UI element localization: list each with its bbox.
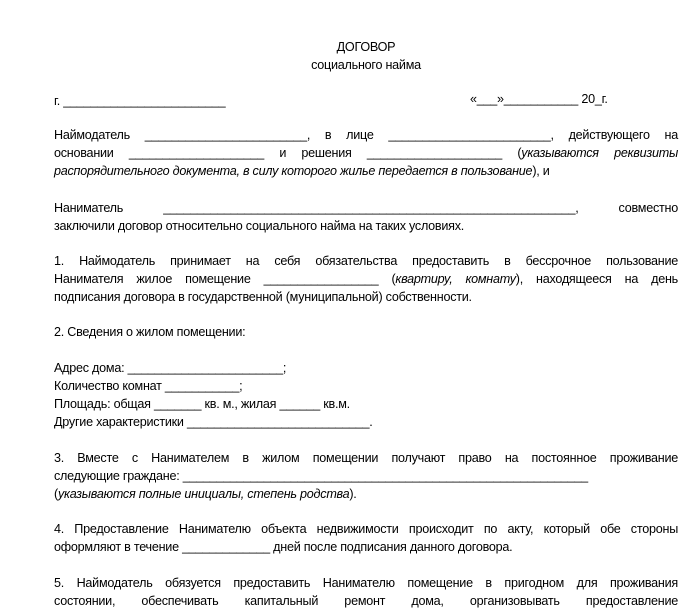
intro-line-1: Наймодатель ________________________, в …: [54, 126, 678, 144]
clause4-line-1: 4. Предоставление Нанимателю объекта нед…: [54, 520, 678, 538]
clause5-line-2: состоянии, обеспечивать капитальный ремо…: [54, 592, 678, 610]
tenant-line-1: Наниматель _____________________________…: [54, 199, 678, 217]
clause2-rooms: Количество комнат ___________;: [54, 377, 678, 395]
clause4-line-2: оформляют в течение _____________ дней п…: [54, 538, 678, 556]
clause2-heading: 2. Сведения о жилом помещении:: [54, 323, 678, 341]
intro-line-3: распорядительного документа, в силу кото…: [54, 162, 678, 180]
tenant-line-2: заключили договор относительно социально…: [54, 217, 678, 235]
clause1-line-2: Нанимателя жилое помещение _____________…: [54, 270, 678, 288]
clause5-line-1: 5. Наймодатель обязуется предоставить На…: [54, 574, 678, 592]
clause3-line-1: 3. Вместе с Нанимателем в жилом помещени…: [54, 449, 678, 467]
clause2-address: Адрес дома: _______________________;: [54, 359, 678, 377]
date-line: «___»___________ 20_г.: [470, 92, 608, 106]
document-title: ДОГОВОР: [54, 40, 678, 54]
clause1-line-1: 1. Наймодатель принимает на себя обязате…: [54, 252, 678, 270]
clause3-line-3: (указываются полные инициалы, степень ро…: [54, 485, 678, 503]
clause2-other: Другие характеристики __________________…: [54, 413, 678, 431]
intro-line-2: основании ____________________ и решения…: [54, 144, 678, 162]
clause2-area: Площадь: общая _______ кв. м., жилая ___…: [54, 395, 678, 413]
clause1-line-3: подписания договора в государственной (м…: [54, 288, 678, 306]
document-subtitle: социального найма: [54, 58, 678, 72]
clause3-line-2: следующие граждане: ____________________…: [54, 467, 678, 485]
